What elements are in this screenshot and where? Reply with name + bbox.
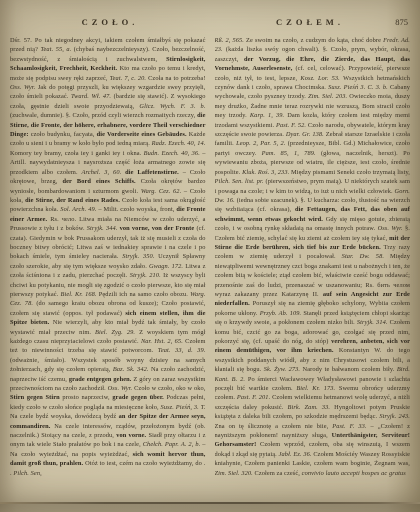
text-segment: Komory tey bramy, czoła iey i ganki iey … bbox=[10, 150, 144, 157]
text-segment: Past. F. 52. bbox=[276, 122, 308, 129]
text-segment: Czoła na to potrzeba! bbox=[148, 75, 205, 82]
text-segment: Jabł. Ez. 36. bbox=[279, 451, 314, 458]
text-segment: Gwagn. 172. bbox=[149, 263, 185, 270]
text-segment: Dyar. Gr. 138. bbox=[286, 131, 326, 138]
text-segment: Budn. Ezech. 40, 36. bbox=[144, 150, 203, 157]
text-segment: Warg. Cez. 62. bbox=[141, 188, 184, 195]
text-segment: Glicz. Wych. F. 3. b. bbox=[139, 103, 205, 110]
text-segment: die Vorderseite eines Gebäudes. bbox=[97, 131, 189, 138]
text-segment: Star. Dw. 58. bbox=[342, 253, 390, 260]
text-columns: Dśr. 57. Po tak niegodney akcyi, iakiem … bbox=[10, 36, 410, 486]
text-segment: Sol. Arch. 49. bbox=[60, 206, 98, 213]
text-segment: Rß. 2, 565. bbox=[215, 37, 247, 44]
text-segment: Nar. Hst. 2, 65. bbox=[141, 338, 185, 345]
text-segment: Stryjk. 344. bbox=[87, 225, 120, 232]
text-segment: Czołem za cześć, bbox=[255, 470, 302, 477]
text-segment: convivio lauto accepti hospes ac gratus bbox=[302, 470, 406, 477]
text-segment: Biel. Kr. 173. bbox=[296, 385, 339, 392]
text-segment: die Stirne, der Rand eines Rades. bbox=[25, 197, 122, 204]
text-segment: Karp. 1, 39. bbox=[250, 112, 287, 119]
text-segment: Biel. Kr. 168. bbox=[61, 291, 99, 298]
text-segment: Zna on tę ślicznotę a czołem nie biie, bbox=[215, 423, 333, 430]
running-head-right: CZOŁEM. bbox=[276, 17, 344, 27]
text-segment: Stryjk. 350. bbox=[122, 253, 158, 260]
text-segment: Pam. 85, 1, 789. bbox=[262, 150, 321, 157]
left-column: Dśr. 57. Po tak niegodney akcyi, iakiem … bbox=[10, 36, 206, 486]
text-segment: Oss. Wyr. bbox=[108, 385, 134, 392]
text-segment: Radz. Ezech. 40, 14. bbox=[152, 140, 206, 147]
text-segment: Stryjk. 210. bbox=[130, 272, 163, 279]
text-segment: Zim. Siel. 320. bbox=[215, 470, 255, 477]
text-segment: Leop. 2, Par. 5, 2. bbox=[236, 140, 288, 147]
text-segment: Między pismami Seneki czoło trzymaią lis… bbox=[291, 169, 410, 176]
text-segment: Archel. 3, 60. bbox=[81, 169, 125, 176]
running-head-right-wrap: CZOŁEM. 875 bbox=[210, 17, 410, 27]
text-segment: Zim. Siel. 203. bbox=[308, 93, 349, 100]
text-segment: Stirn gegen Stirn bbox=[10, 394, 62, 401]
text-segment: Narody te bałwanom czołem biły. bbox=[303, 366, 397, 373]
text-segment: Czoło w czoło, oko w oko, bbox=[134, 385, 205, 392]
text-segment: grade gegen über. bbox=[112, 394, 166, 401]
text-segment: Chełch. Papr. A. 2, b. bbox=[143, 441, 203, 448]
text-segment: Pilch. Sen. list. pr. bbox=[215, 178, 266, 185]
text-segment: Ze swoim na czoło, z cudzym do kąta, cho… bbox=[246, 37, 383, 44]
text-segment: Teat. 7, c. 20. bbox=[110, 75, 148, 82]
text-segment: Tward. Wł. 47. bbox=[71, 93, 114, 100]
text-segment: Kluk. Roś. 3, 233. bbox=[242, 169, 291, 176]
running-head-left: CZOŁO. bbox=[10, 17, 210, 27]
text-segment: Susz. Pieśń, 3. T. bbox=[161, 404, 206, 411]
text-segment: Biel. Zyg. 29. bbox=[95, 329, 139, 336]
text-segment: Past. F. 33. bbox=[332, 423, 370, 430]
text-segment: czoło budynku, facyata, bbox=[31, 131, 97, 138]
text-segment: Pilch. Sen, bbox=[13, 470, 41, 477]
text-segment: die Laffetenstirne. bbox=[125, 169, 183, 176]
text-segment: Na czele bydź woyska, dowódzcą bydź bbox=[10, 413, 119, 420]
text-segment: Susz. Pieśń 3. C. 3. b. bbox=[328, 84, 390, 91]
text-segment: Przyb. Ab. 109. bbox=[260, 310, 304, 317]
right-column: Rß. 2, 565. Ze swoim na czoło, z cudzym … bbox=[215, 36, 411, 486]
text-segment: von vorne, von der Fronte bbox=[120, 225, 197, 232]
text-segment: von vorne. bbox=[116, 432, 148, 439]
text-segment: der Bord eines Schiffs. bbox=[62, 178, 140, 185]
text-segment: Teat. 55, a. bbox=[40, 46, 73, 53]
page-bottom-margin bbox=[0, 504, 420, 512]
page-number: 875 bbox=[395, 17, 408, 27]
running-head: CZOŁO. CZOŁEM. 875 bbox=[10, 17, 410, 31]
text-segment: Past. F. 201. bbox=[237, 394, 272, 401]
text-segment: Oss. Wyr. bbox=[378, 225, 405, 232]
text-segment: Kosz. Lor. 53. bbox=[300, 75, 343, 82]
text-segment: grade entgegen gehen. bbox=[69, 376, 134, 383]
text-segment: Teat. 33, d. 39. bbox=[158, 347, 206, 354]
text-segment: Baz. Sk. 342. bbox=[113, 366, 151, 373]
text-segment: Sk. Żyw. 273. bbox=[264, 366, 303, 373]
text-segment: prosto naprzeciw, bbox=[62, 394, 112, 401]
text-segment: – Milit. czoło woyska, front, bbox=[98, 206, 176, 213]
text-segment: Stryjk. 314. bbox=[357, 319, 390, 326]
text-segment: Stryjk. 243. bbox=[379, 413, 410, 420]
text-segment: Birk. Zam. 33. bbox=[288, 404, 335, 411]
book-page-scan: CZOŁO. CZOŁEM. 875 Dśr. 57. Po tak niego… bbox=[0, 0, 420, 512]
text-segment: Pędzili ich na samo czoło obozu. bbox=[99, 291, 190, 298]
text-segment: Oss. Wyr. bbox=[10, 84, 38, 91]
text-segment: (zuchwale, dumnie). §. Czoło, przód czyl… bbox=[10, 112, 197, 119]
